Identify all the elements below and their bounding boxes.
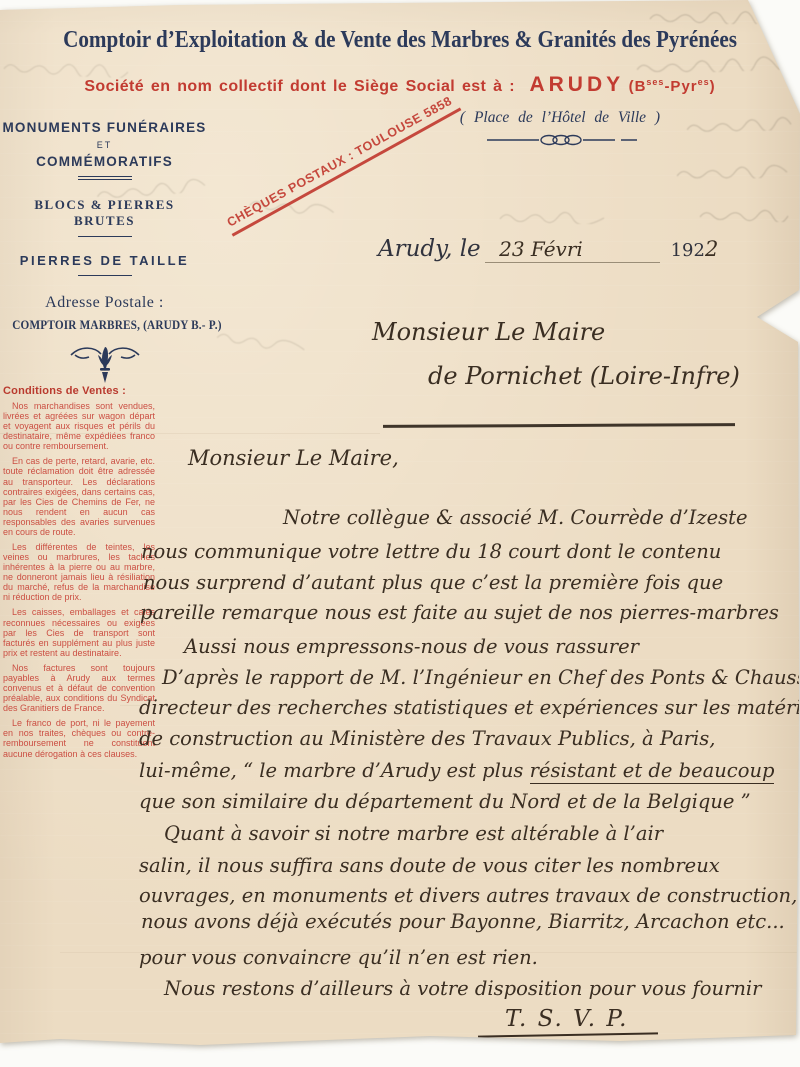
bleed-through-writing — [698, 208, 793, 222]
bleed-through-writing — [648, 10, 793, 24]
dept-close: ) — [710, 78, 716, 95]
handwritten-line: Nous restons d’ailleurs à votre disposit… — [164, 977, 761, 1000]
handwritten-line: pareille remarque nous est faite au suje… — [140, 601, 779, 624]
postal-address-label: Adresse Postale : — [2, 294, 207, 312]
handwritten-line: nous avons déjà exécutés pour Bayonne, B… — [141, 910, 785, 933]
conditions-paragraph: Nos marchandises sont vendues, livrées e… — [3, 401, 155, 451]
handwritten-line: nous communique votre lettre du 18 court… — [141, 540, 721, 563]
divider — [78, 176, 132, 180]
subtitle-city: ARUDY — [529, 73, 624, 96]
dateline-printed-year: 192 — [671, 240, 705, 261]
salutation: Monsieur Le Maire, — [188, 446, 399, 470]
divider — [78, 236, 132, 237]
bleed-through-writing — [498, 210, 608, 224]
recipient-line-1: Monsieur Le Maire — [372, 318, 605, 346]
letter-paper: Comptoir d’Exploitation & de Vente des M… — [0, 0, 800, 1067]
company-subtitle: Société en nom collectif dont le Siège S… — [84, 73, 715, 97]
fold-crease — [120, 705, 800, 706]
scanned-letter-page: { "colors":{"paper":"#ecdcc3","navy":"#2… — [0, 0, 800, 1067]
recipient-underline — [383, 423, 735, 427]
conditions-paragraph: Les différentes de teintes, les veines o… — [3, 542, 155, 602]
handwritten-date: 23 Févri — [499, 237, 583, 261]
service-et: ET — [2, 140, 207, 150]
handwritten-line: pour vous convaincre qu’il n’en est rien… — [139, 946, 538, 969]
dateline: Arudy, le 23 Févri 1922 — [378, 236, 718, 263]
bleed-through-writing — [685, 115, 796, 135]
underlined-phrase: résistant et de beaucoup — [530, 759, 775, 784]
handwritten-line: directeur des recherches statistiques et… — [139, 696, 800, 719]
handwritten-line: ouvrages, en monuments et divers autres … — [139, 884, 800, 907]
dept-sup2: es — [698, 77, 710, 87]
handwritten-line: Quant à savoir si notre marbre est altér… — [164, 822, 663, 845]
recipient-line-2: de Pornichet (Loire-Infre) — [428, 362, 740, 390]
bleed-through-writing — [214, 328, 310, 355]
service-commemoratifs: COMMÉMORATIFS — [2, 154, 207, 169]
handwritten-line: Aussi nous empressons-nous de vous rassu… — [184, 635, 639, 658]
postal-address-value: COMPTOIR MARBRES, (ARUDY B.- P.) — [12, 318, 197, 333]
services-sidebar: MONUMENTS FUNÉRAIRES ET COMMÉMORATIFS BL… — [2, 120, 207, 390]
subtitle-department: (Bses-Pyres) — [629, 78, 716, 95]
handwritten-line: Notre collègue & associé M. Courrède d’I… — [283, 506, 748, 529]
service-blocs: BLOCS & PIERRES BRUTES — [2, 197, 207, 229]
handwritten-year-digit: 2 — [705, 237, 718, 261]
dept-sup1: ses — [646, 77, 664, 87]
turn-over-abbreviation: T. S. V. P. — [505, 1006, 628, 1032]
dateline-printed-place: Arudy, le — [378, 236, 481, 262]
conditions-heading: Conditions de Ventes : — [3, 385, 155, 397]
conditions-paragraph: En cas de perte, retard, avarie, etc. to… — [3, 456, 155, 537]
service-pierres-taille: PIERRES DE TAILLE — [2, 253, 207, 268]
conditions-de-ventes: Conditions de Ventes : Nos marchandises … — [3, 385, 155, 764]
divider — [78, 275, 132, 276]
fold-crease — [60, 952, 800, 953]
conditions-paragraph: Les caisses, emballages et cales reconnu… — [3, 607, 155, 657]
dept-mid: -Pyr — [664, 78, 697, 95]
fold-crease — [0, 433, 380, 434]
handwritten-line: nous surprend d’autant plus que c’est la… — [143, 571, 723, 594]
company-title: Comptoir d’Exploitation & de Vente des M… — [63, 27, 737, 54]
bleed-through-writing — [675, 163, 795, 181]
dateline-rule: 23 Févri — [485, 237, 660, 263]
turn-over-underline — [478, 1032, 658, 1037]
dept-open: (B — [629, 78, 647, 95]
handwritten-line: lui-même, “ le marbre d’Arudy est plus r… — [139, 759, 774, 782]
conditions-paragraph: Le franco de port, ni le payement en nos… — [3, 718, 155, 758]
letter-paper-wrap: Comptoir d’Exploitation & de Vente des M… — [0, 0, 800, 1067]
service-monuments: MONUMENTS FUNÉRAIRES — [2, 120, 207, 135]
bleed-through-writing — [635, 55, 795, 75]
postal-cheques-stamp: CHÈQUES POSTAUX : TOULOUSE 5858 — [223, 92, 461, 237]
chain-ornament-icon — [487, 134, 637, 146]
handwritten-line: que son similaire du département du Nord… — [139, 790, 751, 813]
fleur-ornament-icon — [65, 341, 145, 385]
place-line: ( Place de l’Hôtel de Ville ) — [425, 109, 695, 127]
handwritten-line: D’après le rapport de M. l’Ingénieur en … — [162, 666, 800, 689]
handwritten-line: de construction au Ministère des Travaux… — [139, 727, 715, 750]
handwritten-line-fragment: lui-même, “ le marbre d’Arudy est plus — [139, 759, 530, 782]
handwritten-line: salin, il nous suffira sans doute de vou… — [139, 854, 720, 877]
